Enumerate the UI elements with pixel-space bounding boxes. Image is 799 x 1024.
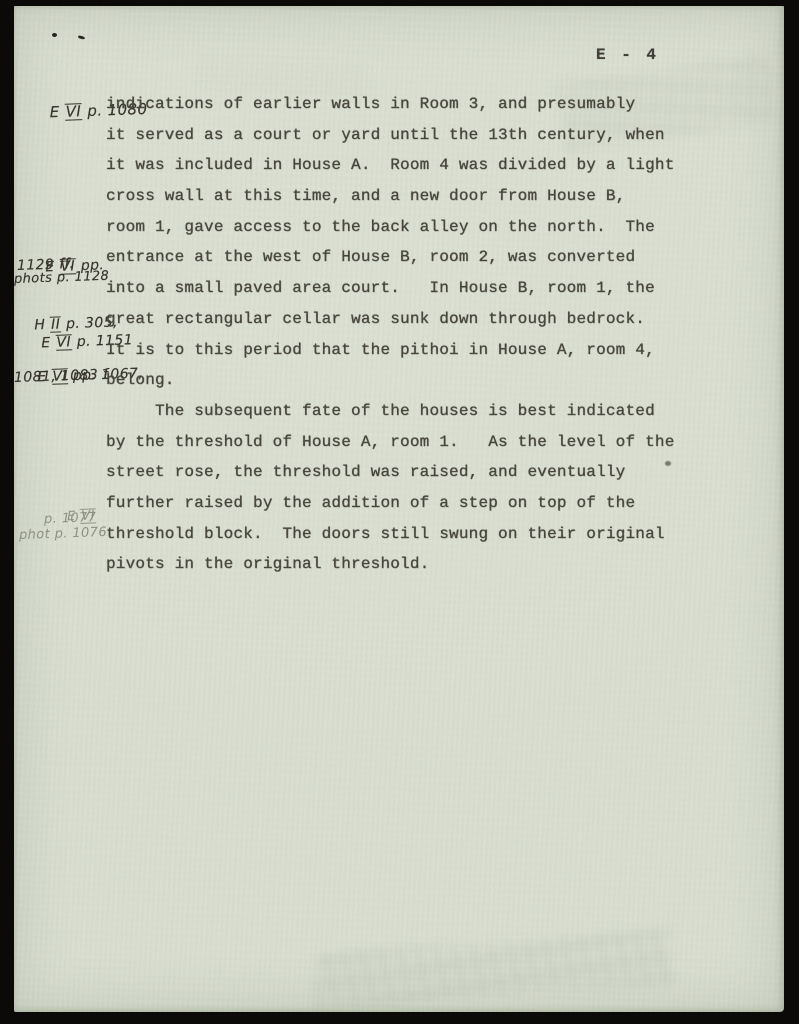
margin-note-citation: 1081, 1083 f xyxy=(14,367,109,386)
typed-line: street rose, the threshold was raised, a… xyxy=(106,457,675,488)
margin-note-citation-pencil: p. 1077 xyxy=(44,510,97,527)
typed-line: room 1, gave access to the back alley on… xyxy=(106,212,675,243)
margin-note-citation-pencil: phot p. 1076 xyxy=(19,525,108,543)
scan-background: { "page": { "header": "E - 4" }, "body":… xyxy=(0,0,799,1024)
document-page: E - 4 E VI p. 1080 E VI pp. 1129 ff. pho… xyxy=(14,6,784,1012)
ink-dot xyxy=(78,35,85,39)
bleedthrough-smudge xyxy=(313,929,676,1009)
typed-line: belong. xyxy=(106,365,675,396)
typed-line: it was included in House A. Room 4 was d… xyxy=(106,150,675,181)
typed-line: pivots in the original threshold. xyxy=(106,549,675,580)
roman-numeral: VI xyxy=(55,334,72,351)
typed-line: threshold block. The doors still swung o… xyxy=(106,519,675,550)
typed-line: by the threshold of House A, room 1. As … xyxy=(106,427,675,458)
typed-line: into a small paved area court. In House … xyxy=(106,273,675,304)
note-text: E xyxy=(41,335,56,351)
note-text: E xyxy=(49,103,65,122)
typed-line: indications of earlier walls in Room 3, … xyxy=(106,89,675,120)
page-number: E - 4 xyxy=(596,46,659,64)
roman-numeral: VI xyxy=(64,103,82,121)
typed-text-block: indications of earlier walls in Room 3, … xyxy=(106,89,675,580)
ink-dot xyxy=(52,33,57,37)
typed-line: it served as a court or yard until the 1… xyxy=(106,120,675,151)
typed-line: cross wall at this time, and a new door … xyxy=(106,181,675,212)
typed-line: It is to this period that the pithoi in … xyxy=(106,335,675,366)
typed-line: entrance at the west of House B, room 2,… xyxy=(106,242,675,273)
typed-line: The subsequent fate of the houses is bes… xyxy=(106,396,675,427)
typed-line: further raised by the addition of a step… xyxy=(106,488,675,519)
typed-line: great rectangular cellar was sunk down t… xyxy=(106,304,675,335)
